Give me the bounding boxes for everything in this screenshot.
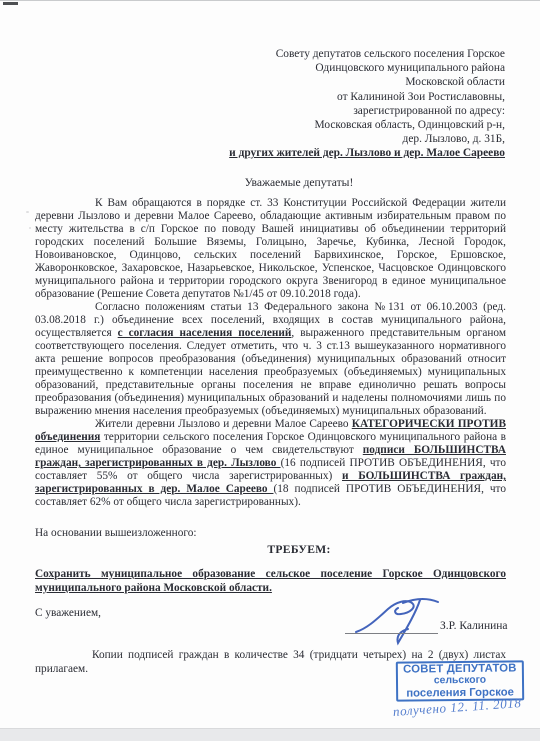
recipient-line: Совету депутатов сельского поселения Гор…	[229, 47, 505, 61]
scan-corner-artifact	[3, 2, 18, 5]
recipient-line: Московская область, Одинцовский р-н,	[229, 118, 505, 132]
paragraph-constitution: К Вам обращаются в порядке ст. 33 Консти…	[35, 197, 506, 301]
recipient-line: Московской области	[229, 75, 505, 89]
stamp-line: СОВЕТ ДЕПУТАТОВ	[403, 662, 517, 675]
signature-scribble-icon	[348, 596, 448, 648]
stamp-line: сельского	[434, 675, 486, 688]
basis-line: На основании вышеизложенного:	[35, 527, 506, 540]
paragraph-federal-law: Согласно положениям статьи 13 Федерально…	[35, 301, 506, 418]
recipient-block: Совету депутатов сельского поселения Гор…	[229, 47, 505, 161]
recipient-emphasis-line: и других жителей дер. Лызлово и дер. Мал…	[229, 146, 505, 160]
recipient-line: дер. Лызлово, д. 31Б,	[229, 132, 505, 146]
recipient-line: Одинцовского муниципального района	[229, 61, 505, 75]
demand-heading: ТРЕБУЕМ:	[35, 543, 506, 556]
recipient-line: от Калининой Зои Ростиславовны,	[229, 90, 505, 104]
salutation: Уважаемые депутаты!	[92, 176, 506, 189]
scanned-letter-page: Совету депутатов сельского поселения Гор…	[0, 0, 540, 741]
attachment-line: Копии подписей граждан в количестве 34 (…	[35, 648, 506, 662]
letter-body: К Вам обращаются в порядке ст. 33 Консти…	[35, 197, 506, 509]
demand-text: Сохранить муниципальное образование сель…	[35, 568, 506, 595]
signature-underline	[345, 633, 438, 634]
signer-name: З.Р. Калинина	[440, 620, 508, 632]
scan-speck	[29, 227, 31, 229]
signature-area: З.Р. Калинина	[340, 594, 520, 650]
scan-edge-artifact	[0, 0, 540, 1]
recipient-line: зарегистрированной по адресу:	[229, 104, 505, 118]
paragraph-against-merger: Жители деревни Лызлово и деревни Малое С…	[35, 418, 506, 509]
scan-speck	[26, 211, 29, 213]
scan-bottom-band	[0, 728, 540, 741]
